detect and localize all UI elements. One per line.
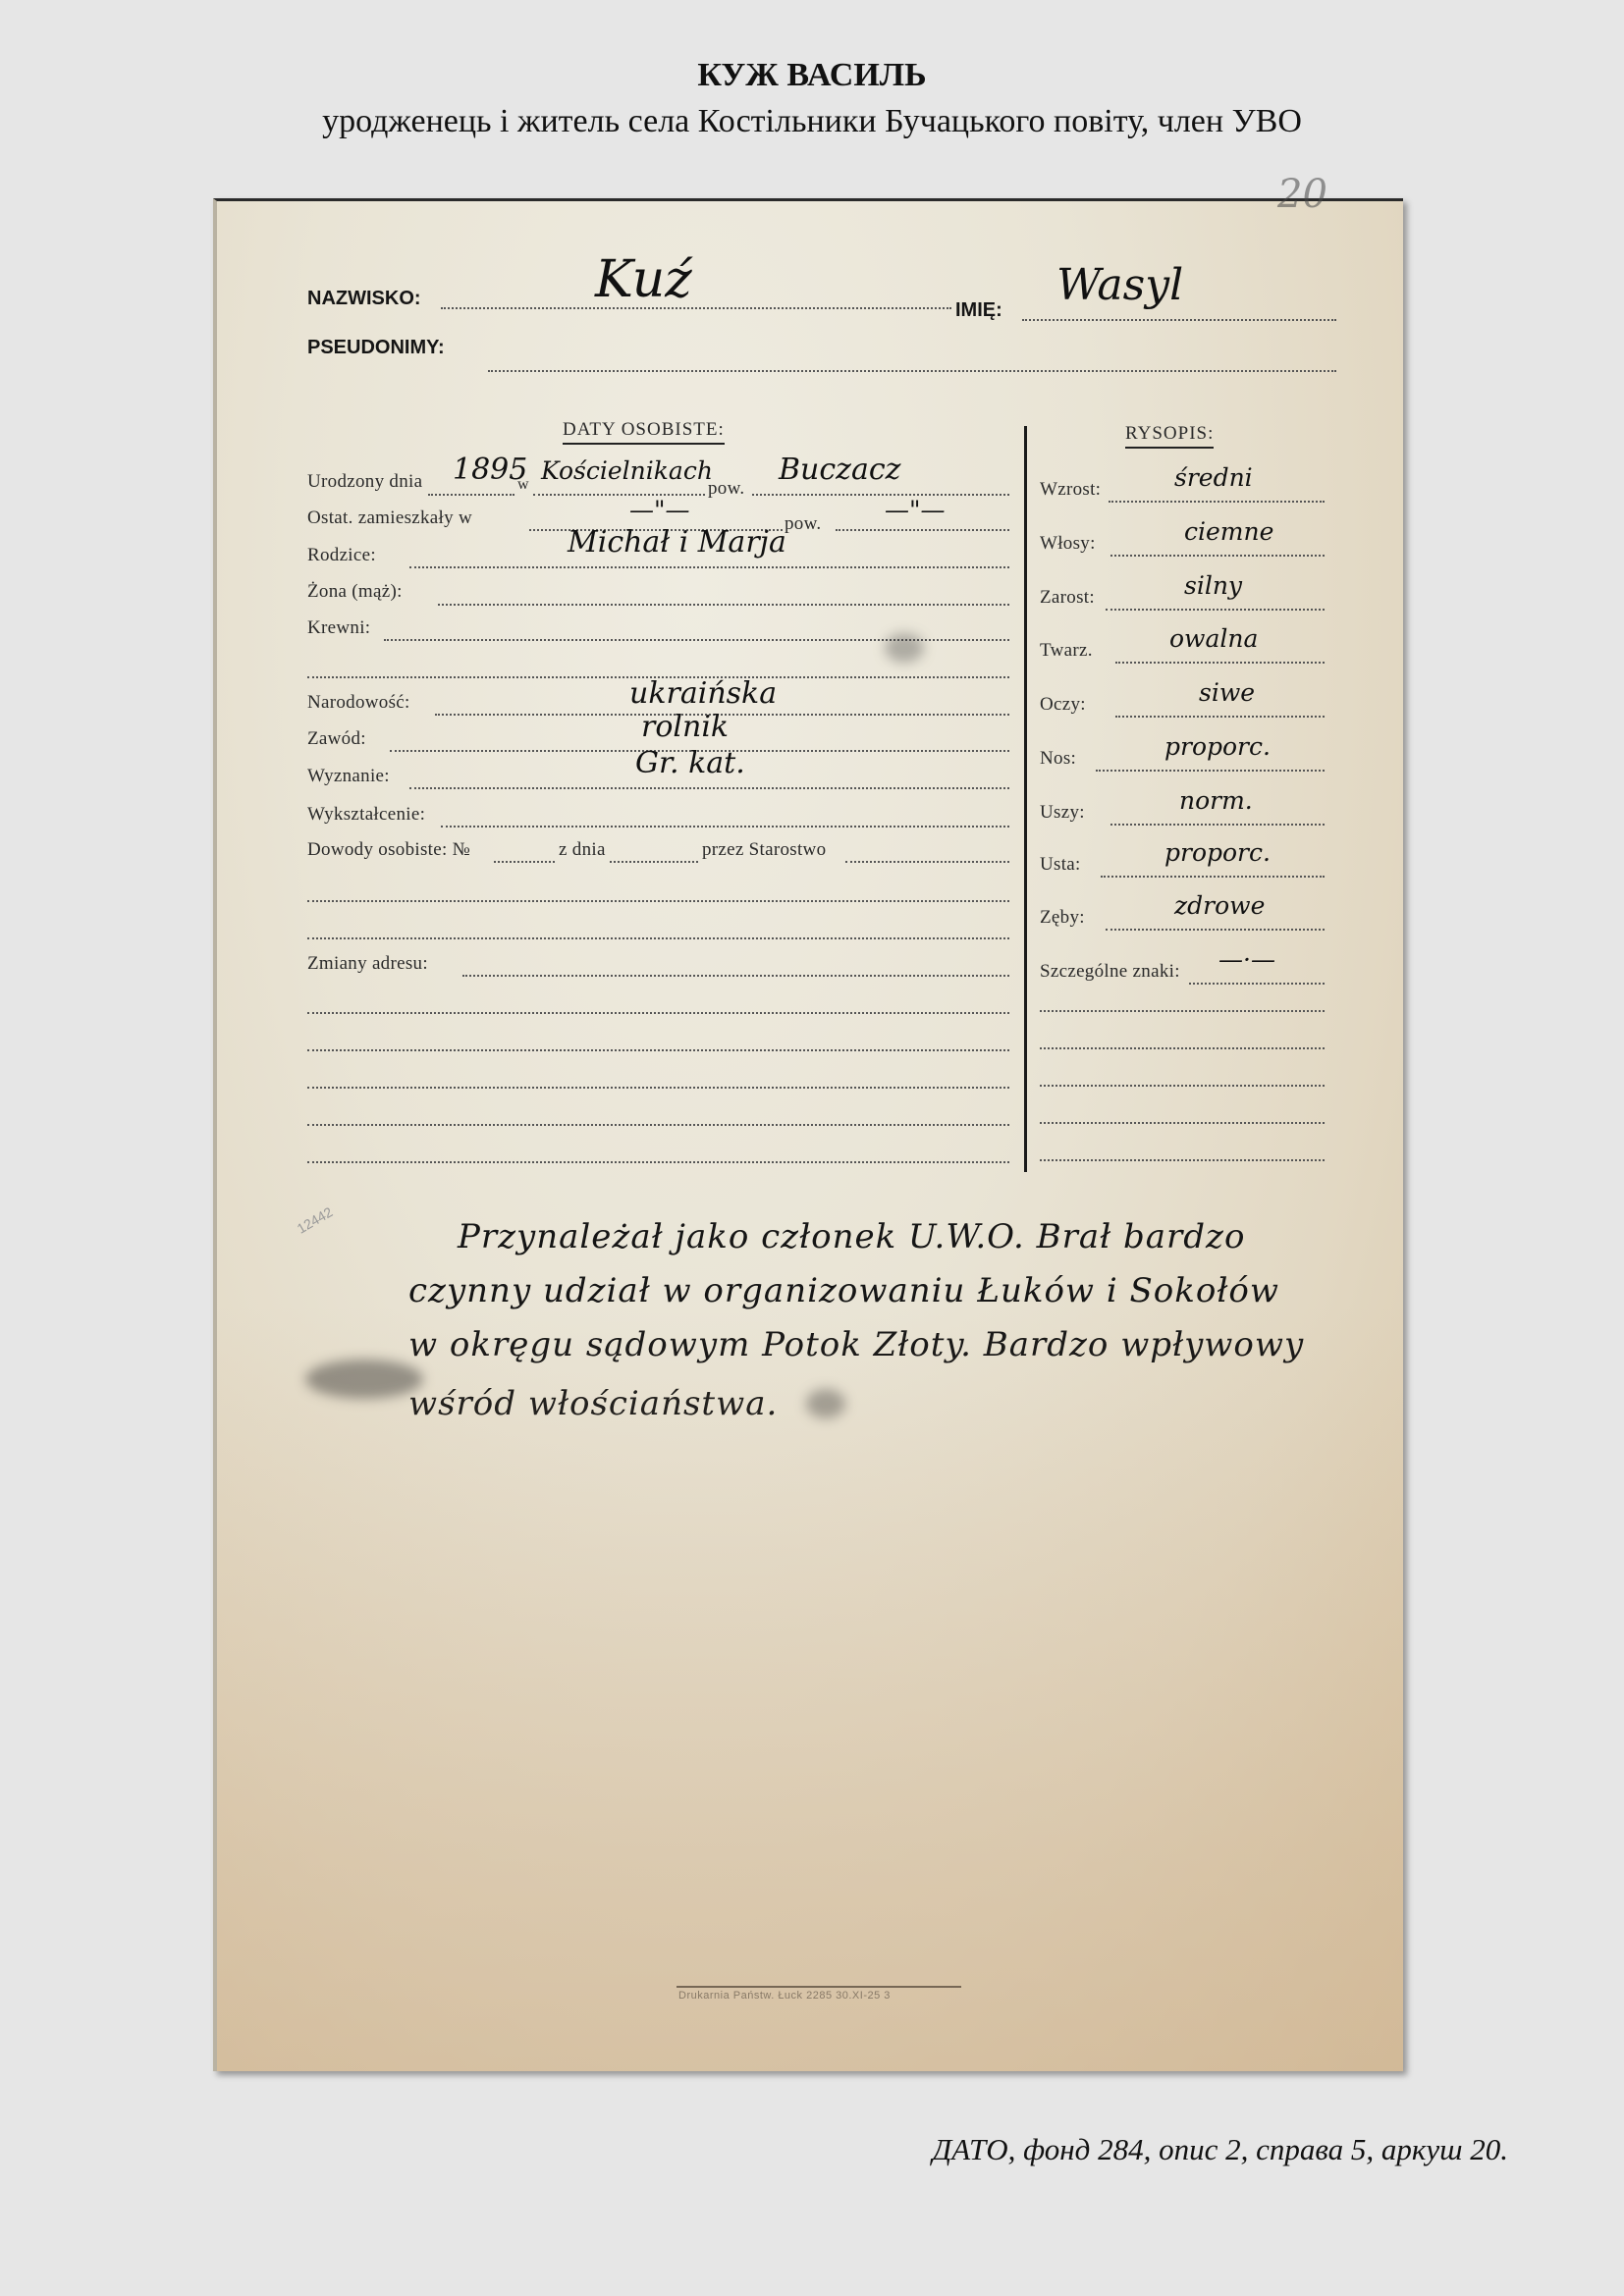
pseudonyms-line (488, 370, 1336, 372)
spouse-label: Żona (mąż): (307, 581, 403, 603)
description-label: Usta: (1040, 854, 1081, 876)
surname-value: Kuź (595, 250, 692, 309)
born-county-value: Buczacz (779, 453, 900, 487)
description-value: ciemne (1184, 517, 1273, 546)
description-line (1115, 716, 1325, 718)
description-value: owalna (1169, 624, 1258, 653)
ink-smudge (305, 1360, 423, 1399)
description-value: proporc. (1164, 838, 1271, 867)
born-in-label: w (517, 476, 529, 494)
name-label: IMIĘ: (955, 299, 1002, 322)
name-line (1022, 319, 1336, 321)
occupation-label: Zawód: (307, 728, 366, 750)
last-resided-label: Ostat. zamieszkały w (307, 507, 472, 529)
description-value: —·— (1218, 945, 1275, 974)
address-line-2 (307, 1012, 1009, 1014)
archive-citation: ДАТО, фонд 284, опис 2, справа 5, аркуш … (933, 2132, 1508, 2167)
born-county-line (752, 494, 1009, 496)
address-line-1 (462, 975, 1009, 977)
description-heading: RYSOPIS: (1125, 423, 1214, 449)
born-place-value: Kościelnikach (541, 456, 713, 485)
parents-line (409, 566, 1009, 568)
description-line-extra-1 (1040, 1010, 1325, 1012)
description-line (1115, 662, 1325, 664)
description-line (1106, 609, 1325, 611)
description-value: proporc. (1164, 732, 1271, 761)
note-line-4: wśród włościaństwa. (408, 1384, 778, 1423)
id-docs-date-line (610, 861, 698, 863)
description-label: Zęby: (1040, 907, 1085, 929)
ink-smudge (806, 1389, 845, 1418)
note-line-3: w okręgu sądowym Potok Złoty. Bardzo wpł… (408, 1325, 1304, 1364)
description-line-extra-5 (1040, 1159, 1325, 1161)
archival-record-card: 20 NAZWISKO: Kuź IMIĘ: Wasyl PSEUDONIMY:… (213, 198, 1403, 2071)
description-line (1110, 555, 1325, 557)
religion-value: Gr. kat. (635, 746, 745, 780)
born-date-line (428, 494, 514, 496)
description-label: Szczególne znaki: (1040, 961, 1180, 983)
id-docs-number-line (494, 861, 555, 863)
description-label: Wzrost: (1040, 479, 1101, 501)
description-value: siwe (1199, 678, 1255, 707)
description-label: Nos: (1040, 748, 1076, 770)
last-resided-value: —"— (629, 496, 690, 524)
nationality-label: Narodowość: (307, 692, 410, 714)
id-docs-date-label: z dnia (559, 839, 606, 861)
id-docs-line-2 (307, 900, 1009, 902)
description-line (1106, 929, 1325, 931)
description-value: silny (1184, 571, 1242, 600)
pseudonyms-label: PSEUDONIMY: (307, 337, 445, 359)
description-line (1110, 824, 1325, 826)
id-docs-office-line (845, 861, 1009, 863)
id-docs-label: Dowody osobiste: № (307, 839, 470, 861)
last-resided-county-line (836, 529, 1009, 531)
parents-label: Rodzice: (307, 545, 376, 566)
address-line-4 (307, 1087, 1009, 1089)
address-changes-label: Zmiany adresu: (307, 953, 428, 975)
column-divider (1024, 426, 1027, 1172)
born-label: Urodzony dnia (307, 471, 422, 493)
description-line (1109, 501, 1325, 503)
spouse-line (438, 604, 1009, 606)
description-label: Zarost: (1040, 587, 1095, 609)
nationality-value: ukraińska (629, 676, 777, 711)
occupation-value: rolnik (641, 710, 729, 744)
religion-label: Wyznanie: (307, 766, 390, 787)
description-line-extra-3 (1040, 1085, 1325, 1087)
page-title: КУЖ ВАСИЛЬ (0, 57, 1624, 94)
page-number-mark: 20 (1277, 172, 1327, 217)
description-label: Oczy: (1040, 694, 1086, 716)
born-county-label: pow. (708, 478, 744, 500)
last-resided-county-label: pow. (785, 513, 821, 535)
id-docs-office-label: przez Starostwo (702, 839, 826, 861)
address-line-5 (307, 1124, 1009, 1126)
personal-data-heading: DATY OSOBISTE: (563, 419, 725, 445)
surname-line (441, 307, 951, 309)
ink-smudge (885, 633, 924, 663)
description-line-extra-2 (1040, 1047, 1325, 1049)
printer-rule (677, 1986, 961, 1988)
parents-value: Michał i Marja (568, 525, 786, 560)
address-line-6 (307, 1161, 1009, 1163)
description-value: zdrowe (1174, 891, 1265, 920)
description-line-extra-4 (1040, 1122, 1325, 1124)
description-line (1096, 770, 1325, 772)
note-line-2: czynny udział w organizowaniu Łuków i So… (408, 1271, 1279, 1310)
relatives-label: Krewni: (307, 617, 370, 639)
description-label: Twarz. (1040, 640, 1093, 662)
last-resided-county-value: —"— (885, 496, 946, 524)
description-value: średni (1174, 463, 1253, 492)
address-line-3 (307, 1049, 1009, 1051)
margin-stamp: 12442 (295, 1203, 336, 1236)
description-line (1189, 983, 1325, 985)
note-line-1: Przynależał jako członek U.W.O. Brał bar… (458, 1217, 1245, 1256)
name-value: Wasyl (1056, 260, 1183, 310)
religion-line (409, 787, 1009, 789)
education-label: Wykształcenie: (307, 804, 425, 826)
printer-imprint: Drukarnia Państw. Łuck 2285 30.XI-25 3 (678, 1990, 891, 2002)
description-label: Uszy: (1040, 802, 1085, 824)
description-value: norm. (1179, 786, 1253, 815)
surname-label: NAZWISKO: (307, 288, 421, 310)
born-year-value: 1895 (453, 453, 527, 487)
description-label: Włosy: (1040, 533, 1096, 555)
id-docs-line-3 (307, 937, 1009, 939)
description-line (1101, 876, 1325, 878)
education-line (441, 826, 1009, 828)
page-subtitle: уродженець і житель села Костільники Буч… (0, 103, 1624, 140)
